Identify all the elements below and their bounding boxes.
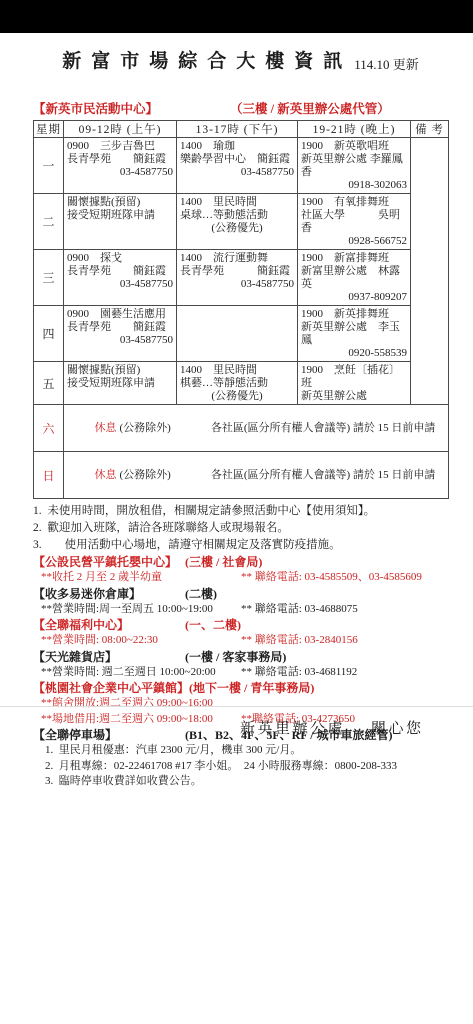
day-label: 三 <box>34 250 64 306</box>
day-label: 六 <box>34 405 64 452</box>
thursday-afternoon-cell <box>177 306 298 362</box>
title-row: 新富市場綜合大樓資訊 114.10 更新 <box>33 47 448 77</box>
phone-line: 0920-558539 <box>301 347 407 360</box>
facility-location: (地下一樓 / 青年事務局) <box>189 680 314 696</box>
facility-location: (一、二樓) <box>185 617 241 633</box>
activity-center-heading: 【新英市民活動中心】 （三樓 / 新英里辦公處代管） <box>33 101 448 117</box>
activity-line: 1400 里民時間 <box>180 196 294 209</box>
day-label: 日 <box>34 452 64 499</box>
friday-evening-cell: 1900 烹飪〔插花〕班 新英里辦公處 <box>298 362 411 405</box>
facility-contact: ** 聯絡電話: 03-2840156 <box>241 633 358 649</box>
facility-detail-left: **收托 2 月至 2 歲半幼童 <box>41 570 241 586</box>
facility-name: 【全聯福利中心】 <box>33 617 185 633</box>
wednesday-afternoon-cell: 1400 流行運動舞 長青學苑 簡鈺霞 03-4587750 <box>177 250 298 306</box>
phone-line: 03-4587750 <box>67 334 173 347</box>
activity-line: 0900 探戈 <box>67 252 173 265</box>
table-row-saturday: 六 休息(公務除外)各社區(區分所有權人會議等) 請於 15 日前申請 <box>34 405 449 452</box>
letterbox-bar <box>0 0 473 33</box>
parking-note: 1. 里民月租優惠：汽車 2300 元/月，機車 300 元/月。 <box>33 743 448 759</box>
priority-note: (公務優先) <box>180 222 294 235</box>
parking-note: 2. 月租專線：02-22461708 #17 李小姐。 24 小時服務專線：0… <box>33 759 448 775</box>
activity-line: 關懷據點(預留) <box>67 196 173 209</box>
facility-pxmart: 【全聯福利中心】 (一、二樓) **營業時間: 08:00~22:30 ** 聯… <box>33 617 448 649</box>
facility-detail-left: **場地借用:週二至週六 09:00~18:00 <box>41 712 241 728</box>
organizer-line: 新英里辦公處 李羅鳳香 <box>301 153 407 179</box>
table-row-friday: 五 關懷據點(預留) 接受短期班隊申請 1400 里民時間 棋藝…等靜態活動 (… <box>34 362 449 405</box>
activity-line: 1900 烹飪〔插花〕班 <box>301 364 407 390</box>
tuesday-afternoon-cell: 1400 里民時間 桌球…等動態活動 (公務優先) <box>177 194 298 250</box>
table-header-row: 星期 09-12時 (上午) 13-17時 (下午) 19-21時 (晚上) 備… <box>34 121 449 138</box>
footer-signature: 新英里辦公處 關心您 <box>240 717 424 738</box>
activity-line: 1900 新英歌唱班 <box>301 140 407 153</box>
activity-schedule-table: 星期 09-12時 (上午) 13-17時 (下午) 19-21時 (晚上) 備… <box>33 120 449 499</box>
phone-line: 03-4587750 <box>67 278 173 291</box>
facility-detail-left: **營業時間: 08:00~22:30 <box>41 633 241 649</box>
document-page: 新富市場綜合大樓資訊 114.10 更新 【新英市民活動中心】 （三樓 / 新英… <box>0 33 473 790</box>
organizer-line: 長青學苑 簡鈺霞 <box>67 265 173 278</box>
phone-line: 03-4587750 <box>180 278 294 291</box>
table-row-wednesday: 三 0900 探戈 長青學苑 簡鈺霞 03-4587750 1400 流行運動舞… <box>34 250 449 306</box>
activity-center-location: （三樓 / 新英里辦公處代管） <box>230 101 390 117</box>
table-row-tuesday: 二 關懷據點(預留) 接受短期班隊申請 1400 里民時間 桌球…等動態活動 (… <box>34 194 449 250</box>
usage-notes: 1. 未使用時間，開放租借，相關規定請參照活動中心【使用須知】。 2. 歡迎加入… <box>33 503 448 554</box>
footer-divider <box>0 706 473 707</box>
facility-name: 【公設民營平鎮托嬰中心】 <box>33 554 185 570</box>
activity-line: 1400 流行運動舞 <box>180 252 294 265</box>
activity-line: 0900 園藝生活應用 <box>67 308 173 321</box>
booking-info: 各社區(區分所有權人會議等) 請於 15 日前申請 <box>211 469 436 481</box>
facility-name: 【收多易迷你倉庫】 <box>33 586 185 602</box>
facility-location: (三樓 / 社會局) <box>185 554 262 570</box>
rest-label: 休息 <box>95 422 117 434</box>
col-header-evening: 19-21時 (晚上) <box>298 121 411 138</box>
activity-line: 棋藝…等靜態活動 <box>180 377 294 390</box>
activity-line: 1400 瑜珈 <box>180 140 294 153</box>
booking-info: 各社區(區分所有權人會議等) 請於 15 日前申請 <box>211 422 436 434</box>
monday-morning-cell: 0900 三步吉魯巴 長青學苑 簡鈺霞 03-4587750 <box>64 138 177 194</box>
phone-line: 03-4587750 <box>180 166 294 179</box>
activity-line: 關懷據點(預留) <box>67 364 173 377</box>
col-header-afternoon: 13-17時 (下午) <box>177 121 298 138</box>
thursday-evening-cell: 1900 新英排舞班 新英里辦公處 李玉鳳 0920-558539 <box>298 306 411 362</box>
facility-location: (一樓 / 客家事務局) <box>185 649 286 665</box>
phone-line: 03-4587750 <box>67 166 173 179</box>
facility-detail: **館舍開放:週二至週六 09:00~16:00 <box>33 696 448 712</box>
friday-morning-cell: 關懷據點(預留) 接受短期班隊申請 <box>64 362 177 405</box>
activity-line: 1900 有氧排舞班 <box>301 196 407 209</box>
activity-line: 0900 三步吉魯巴 <box>67 140 173 153</box>
footer-greeting: 關心您 <box>371 717 424 738</box>
facility-name: 【桃園社會企業中心平鎮館】 <box>33 680 189 696</box>
facility-detail: **收托 2 月至 2 歲半幼童 ** 聯絡電話: 03-4585509、03-… <box>33 570 448 586</box>
col-header-day: 星期 <box>34 121 64 138</box>
activity-line: 1400 里民時間 <box>180 364 294 377</box>
tuesday-evening-cell: 1900 有氧排舞班 社區大學 吳明香 0928-566752 <box>298 194 411 250</box>
tuesday-morning-cell: 關懷據點(預留) 接受短期班隊申請 <box>64 194 177 250</box>
organizer-line: 長青學苑 簡鈺霞 <box>67 153 173 166</box>
table-row-monday: 一 0900 三步吉魯巴 長青學苑 簡鈺霞 03-4587750 1400 瑜珈… <box>34 138 449 194</box>
rest-note: (公務除外) <box>120 422 171 434</box>
facility-contact: ** 聯絡電話: 03-4688075 <box>241 602 358 618</box>
facility-contact: ** 聯絡電話: 03-4585509、03-4585609 <box>241 570 422 586</box>
monday-evening-cell: 1900 新英歌唱班 新英里辦公處 李羅鳳香 0918-302063 <box>298 138 411 194</box>
remarks-cell <box>411 138 449 405</box>
priority-note: (公務優先) <box>180 390 294 403</box>
phone-line: 0928-566752 <box>301 235 407 248</box>
sunday-rest-cell: 休息(公務除外)各社區(區分所有權人會議等) 請於 15 日前申請 <box>64 452 449 499</box>
parking-note: 3. 臨時停車收費詳如收費公告。 <box>33 774 448 790</box>
table-row-thursday: 四 0900 園藝生活應用 長青學苑 簡鈺霞 03-4587750 1900 新… <box>34 306 449 362</box>
facility-heading: 【收多易迷你倉庫】 (二樓) <box>33 586 448 602</box>
organizer-line: 樂齡學習中心 簡鈺霞 <box>180 153 294 166</box>
organizer-line: 新富里辦公處 林露英 <box>301 265 407 291</box>
facility-detail: **營業時間:周一至周五 10:00~19:00 ** 聯絡電話: 03-468… <box>33 602 448 618</box>
facility-mini-storage: 【收多易迷你倉庫】 (二樓) **營業時間:周一至周五 10:00~19:00 … <box>33 586 448 618</box>
facility-detail: **營業時間: 週二至週日 10:00~20:00 ** 聯絡電話: 03-46… <box>33 665 448 681</box>
organizer-line: 長青學苑 簡鈺霞 <box>67 321 173 334</box>
page-title: 新富市場綜合大樓資訊 <box>62 47 352 77</box>
facility-detail-left: **營業時間:周一至周五 10:00~19:00 <box>41 602 241 618</box>
organizer-line: 長青學苑 簡鈺霞 <box>180 265 294 278</box>
day-label: 四 <box>34 306 64 362</box>
facility-grocery-store: 【天光雜貨店】 (一樓 / 客家事務局) **營業時間: 週二至週日 10:00… <box>33 649 448 681</box>
activity-line: 1900 新富排舞班 <box>301 252 407 265</box>
facility-infant-care-center: 【公設民營平鎮托嬰中心】 (三樓 / 社會局) **收托 2 月至 2 歲半幼童… <box>33 554 448 586</box>
facility-name: 【天光雜貨店】 <box>33 649 185 665</box>
day-label: 二 <box>34 194 64 250</box>
facility-heading: 【桃園社會企業中心平鎮館】 (地下一樓 / 青年事務局) <box>33 680 448 696</box>
footer-spacer <box>345 717 371 738</box>
organizer-line: 新英里辦公處 李玉鳳 <box>301 321 407 347</box>
phone-line: 0937-809207 <box>301 291 407 304</box>
activity-line: 接受短期班隊申請 <box>67 209 173 222</box>
col-header-remarks: 備 考 <box>411 121 449 138</box>
monday-afternoon-cell: 1400 瑜珈 樂齡學習中心 簡鈺霞 03-4587750 <box>177 138 298 194</box>
note-item: 3. 使用活動中心場地，請遵守相關規定及落實防疫措施。 <box>33 537 448 554</box>
day-label: 五 <box>34 362 64 405</box>
facility-heading: 【天光雜貨店】 (一樓 / 客家事務局) <box>33 649 448 665</box>
activity-line: 1900 新英排舞班 <box>301 308 407 321</box>
updated-date: 114.10 更新 <box>354 53 419 77</box>
rest-note: (公務除外) <box>120 469 171 481</box>
organizer-line: 社區大學 吳明香 <box>301 209 407 235</box>
facility-detail: **營業時間: 08:00~22:30 ** 聯絡電話: 03-2840156 <box>33 633 448 649</box>
friday-afternoon-cell: 1400 里民時間 棋藝…等靜態活動 (公務優先) <box>177 362 298 405</box>
activity-line: 桌球…等動態活動 <box>180 209 294 222</box>
saturday-rest-cell: 休息(公務除外)各社區(區分所有權人會議等) 請於 15 日前申請 <box>64 405 449 452</box>
thursday-morning-cell: 0900 園藝生活應用 長青學苑 簡鈺霞 03-4587750 <box>64 306 177 362</box>
activity-line: 接受短期班隊申請 <box>67 377 173 390</box>
day-label: 一 <box>34 138 64 194</box>
activity-center-name: 【新英市民活動中心】 <box>33 101 230 117</box>
facility-contact: ** 聯絡電話: 03-4681192 <box>241 665 357 681</box>
wednesday-evening-cell: 1900 新富排舞班 新富里辦公處 林露英 0937-809207 <box>298 250 411 306</box>
facility-detail-left: **館舍開放:週二至週六 09:00~16:00 <box>41 696 241 712</box>
facility-heading: 【全聯福利中心】 (一、二樓) <box>33 617 448 633</box>
table-row-sunday: 日 休息(公務除外)各社區(區分所有權人會議等) 請於 15 日前申請 <box>34 452 449 499</box>
rest-label: 休息 <box>95 469 117 481</box>
phone-line: 0918-302063 <box>301 179 407 192</box>
wednesday-morning-cell: 0900 探戈 長青學苑 簡鈺霞 03-4587750 <box>64 250 177 306</box>
facility-location: (二樓) <box>185 586 217 602</box>
facility-name: 【全聯停車場】 <box>33 727 185 743</box>
note-item: 1. 未使用時間，開放租借，相關規定請參照活動中心【使用須知】。 <box>33 503 448 520</box>
col-header-morning: 09-12時 (上午) <box>64 121 177 138</box>
facility-detail-left: **營業時間: 週二至週日 10:00~20:00 <box>41 665 241 681</box>
note-item: 2. 歡迎加入班隊，請洽各班隊聯絡人或現場報名。 <box>33 520 448 537</box>
footer-office-name: 新英里辦公處 <box>240 717 345 738</box>
facility-heading: 【公設民營平鎮托嬰中心】 (三樓 / 社會局) <box>33 554 448 570</box>
organizer-line: 新英里辦公處 <box>301 390 407 403</box>
